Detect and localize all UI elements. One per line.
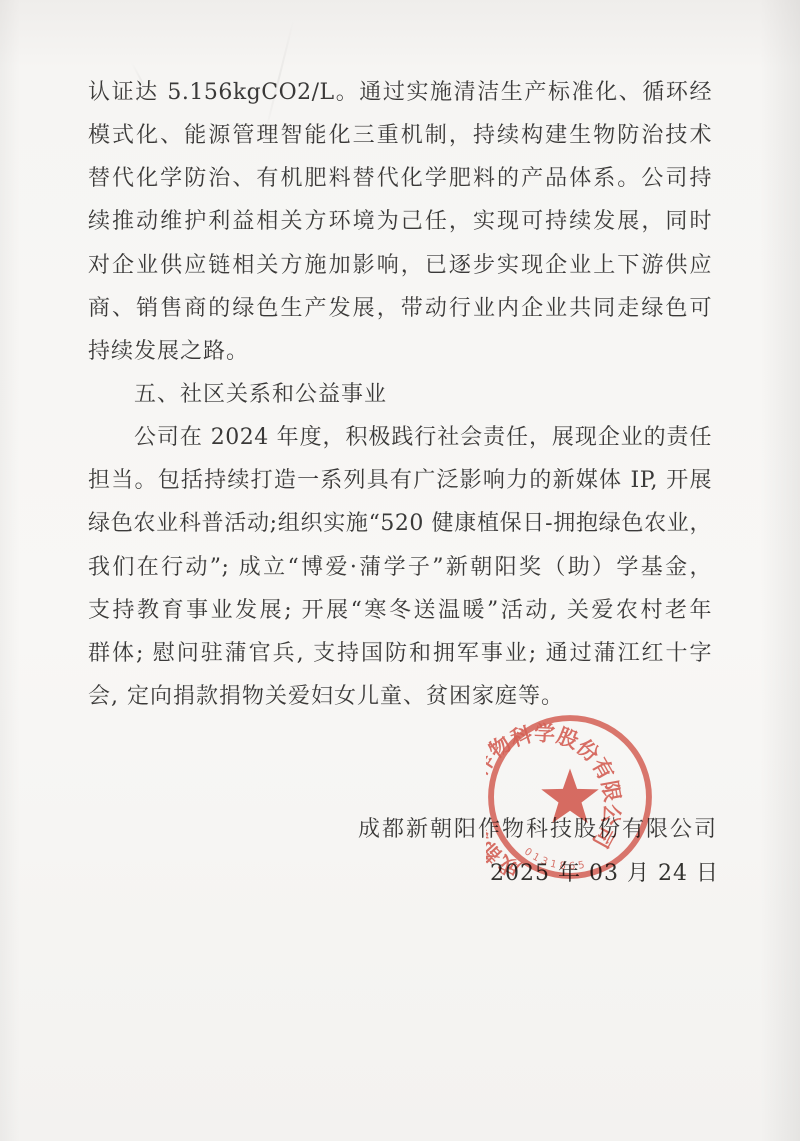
- body-text: 认证达 5.156kgCO2/L。通过实施清洁生产标准化、循环经济 模式化、能源…: [88, 71, 712, 718]
- body-line: 认证达 5.156kgCO2/L。通过实施清洁生产标准化、循环经济: [88, 71, 712, 114]
- body-line: 模式化、能源管理智能化三重机制，持续构建生物防治技术: [88, 114, 712, 157]
- body-line: 会, 定向捐款捐物关爱妇女儿童、贫困家庭等。: [88, 675, 712, 718]
- body-line: 支持教育事业发展; 开展“寒冬送温暖”活动, 关爱农村老年: [88, 589, 712, 632]
- star-icon: [541, 768, 598, 823]
- document-page: 认证达 5.156kgCO2/L。通过实施清洁生产标准化、循环经济 模式化、能源…: [0, 0, 800, 1141]
- seal-ring-text: 成都新朝阳作物科学股份有限公司: [486, 720, 625, 881]
- body-line: 续推动维护利益相关方环境为己任，实现可持续发展，同时: [88, 200, 712, 243]
- body-line: 我们在行动”; 成立“博爱·蒲学子”新朝阳奖（助）学基金，: [88, 546, 712, 589]
- body-line: 对企业供应链相关方施加影响，已逐步实现企业上下游供应: [88, 244, 712, 287]
- body-line: 持续发展之路。: [88, 330, 712, 373]
- body-line: 群体; 慰问驻蒲官兵, 支持国防和拥军事业; 通过蒲江红十字: [88, 632, 712, 675]
- body-line: 替代化学防治、有机肥料替代化学肥料的产品体系。公司持: [88, 157, 712, 200]
- body-line: 绿色农业科普活动;组织实施“520 健康植保日-拥抱绿色农业，: [88, 502, 712, 545]
- body-line: 公司在 2024 年度，积极践行社会责任，展现企业的责任: [88, 416, 712, 459]
- section-heading: 五、社区关系和公益事业: [88, 373, 712, 416]
- body-line: 担当。包括持续打造一系列具有广泛影响力的新媒体 IP, 开展: [88, 459, 712, 502]
- body-line: 商、销售商的绿色生产发展，带动行业内企业共同走绿色可: [88, 287, 712, 330]
- company-seal: 成都新朝阳作物科学股份有限公司 0131865: [486, 713, 654, 881]
